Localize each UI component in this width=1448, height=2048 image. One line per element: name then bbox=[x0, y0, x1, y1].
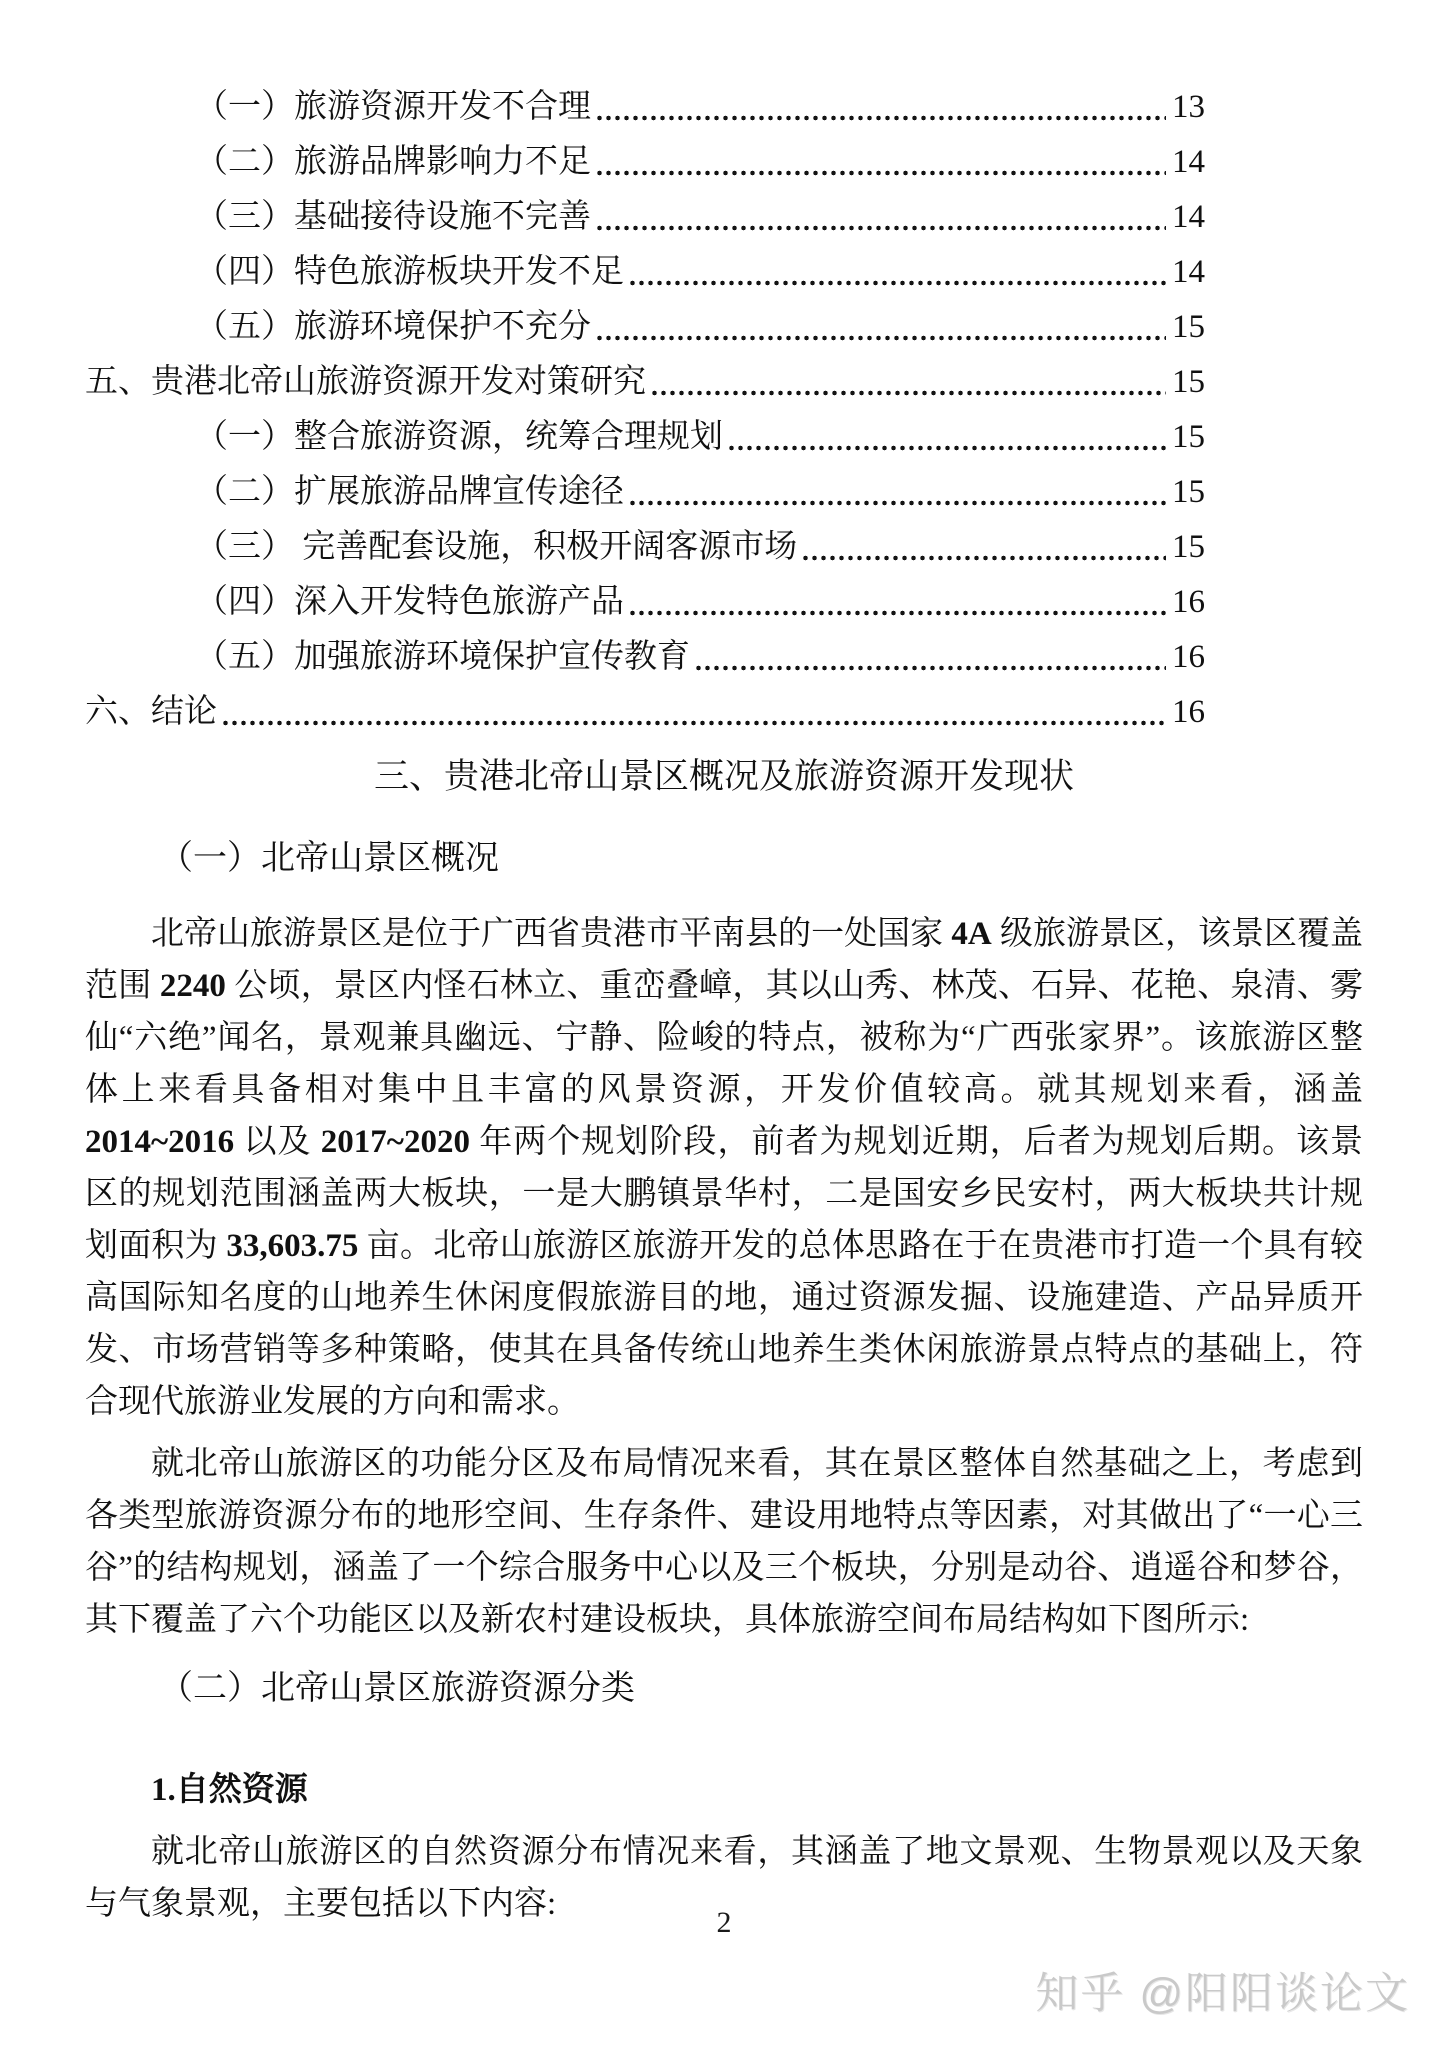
toc-leader-dots bbox=[727, 410, 1166, 465]
toc-entry-page: 15 bbox=[1172, 355, 1205, 410]
toc-entry-label: （一）整合旅游资源，统筹合理规划 bbox=[195, 410, 723, 465]
toc-list: （一）旅游资源开发不合理13（二）旅游品牌影响力不足14（三）基础接待设施不完善… bbox=[85, 80, 1205, 740]
sub-heading-scenic-area-overview: （一）北帝山景区概况 bbox=[85, 836, 1363, 882]
text-run: 北帝山旅游景区是位于广西省贵港市平南县的一处国家 bbox=[151, 916, 951, 952]
text-run: 以及 bbox=[234, 1124, 321, 1160]
toc-entry: （三）基础接待设施不完善14 bbox=[85, 190, 1205, 245]
toc-entry-label: 五、贵港北帝山旅游资源开发对策研究 bbox=[85, 355, 646, 410]
toc-leader-dots bbox=[628, 575, 1166, 630]
toc-leader-dots bbox=[595, 190, 1166, 245]
toc-entry-page: 16 bbox=[1172, 685, 1205, 740]
bold-text-run: 33,603.75 bbox=[226, 1228, 358, 1264]
toc-entry: （二）旅游品牌影响力不足14 bbox=[85, 135, 1205, 190]
toc-entry: （五）旅游环境保护不充分15 bbox=[85, 300, 1205, 355]
toc-entry-page: 14 bbox=[1172, 190, 1205, 245]
toc-entry: （三） 完善配套设施，积极开阔客源市场15 bbox=[85, 520, 1205, 575]
toc-entry: （四）特色旅游板块开发不足14 bbox=[85, 245, 1205, 300]
paragraph-scenic-area-overview: 北帝山旅游景区是位于广西省贵港市平南县的一处国家 4A 级旅游景区，该景区覆盖范… bbox=[85, 908, 1363, 1428]
toc-entry-label: （三）基础接待设施不完善 bbox=[195, 190, 591, 245]
bold-text-run: 2240 bbox=[160, 968, 226, 1004]
document-content: （一）旅游资源开发不合理13（二）旅游品牌影响力不足14（三）基础接待设施不完善… bbox=[85, 80, 1363, 1930]
toc-entry-page: 16 bbox=[1172, 575, 1205, 630]
section-heading: 三、贵港北帝山景区概况及旅游资源开发现状 bbox=[85, 754, 1363, 800]
toc-entry-label: （一）旅游资源开发不合理 bbox=[195, 80, 591, 135]
toc-entry: （一）旅游资源开发不合理13 bbox=[85, 80, 1205, 135]
toc-entry: （四）深入开发特色旅游产品16 bbox=[85, 575, 1205, 630]
sub-sub-heading-natural-resources: 1.自然资源 bbox=[85, 1768, 1363, 1812]
toc-leader-dots bbox=[628, 465, 1166, 520]
page-number: 2 bbox=[0, 1906, 1448, 1940]
toc-entry-label: （四）特色旅游板块开发不足 bbox=[195, 245, 624, 300]
toc-leader-dots bbox=[595, 80, 1166, 135]
toc-leader-dots bbox=[650, 355, 1166, 410]
watermark-zhihu-author: 知乎 @阳阳谈论文 bbox=[1035, 1960, 1410, 2021]
toc-entry-page: 14 bbox=[1172, 245, 1205, 300]
toc-entry-label: （五）加强旅游环境保护宣传教育 bbox=[195, 630, 690, 685]
toc-leader-dots bbox=[694, 630, 1166, 685]
sub-heading-resource-classification: （二）北帝山景区旅游资源分类 bbox=[85, 1666, 1363, 1712]
toc-entry: （二）扩展旅游品牌宣传途径15 bbox=[85, 465, 1205, 520]
toc-entry: 六、结论16 bbox=[85, 685, 1205, 740]
toc-entry: （五）加强旅游环境保护宣传教育16 bbox=[85, 630, 1205, 685]
toc-entry: 五、贵港北帝山旅游资源开发对策研究15 bbox=[85, 355, 1205, 410]
toc-entry-label: （三） 完善配套设施，积极开阔客源市场 bbox=[195, 520, 797, 575]
toc-entry-label: 六、结论 bbox=[85, 685, 217, 740]
toc-leader-dots bbox=[595, 300, 1166, 355]
toc-entry-page: 15 bbox=[1172, 520, 1205, 575]
toc-leader-dots bbox=[628, 245, 1166, 300]
toc-entry-page: 16 bbox=[1172, 630, 1205, 685]
toc-entry-label: （二）旅游品牌影响力不足 bbox=[195, 135, 591, 190]
document-page: （一）旅游资源开发不合理13（二）旅游品牌影响力不足14（三）基础接待设施不完善… bbox=[0, 0, 1448, 2048]
text-run: 公顷，景区内怪石林立、重峦叠嶂，其以山秀、林茂、石异、花艳、泉清、雾仙“六绝”闻… bbox=[85, 968, 1363, 1108]
toc-entry-label: （四）深入开发特色旅游产品 bbox=[195, 575, 624, 630]
toc-entry-label: （二）扩展旅游品牌宣传途径 bbox=[195, 465, 624, 520]
toc-entry-page: 15 bbox=[1172, 465, 1205, 520]
paragraph-functional-zoning: 就北帝山旅游区的功能分区及布局情况来看，其在景区整体自然基础之上，考虑到各类型旅… bbox=[85, 1438, 1363, 1646]
toc-leader-dots bbox=[221, 685, 1166, 740]
bold-text-run: 2014~2016 bbox=[85, 1124, 234, 1160]
toc-leader-dots bbox=[595, 135, 1166, 190]
toc-entry: （一）整合旅游资源，统筹合理规划15 bbox=[85, 410, 1205, 465]
toc-entry-label: （五）旅游环境保护不充分 bbox=[195, 300, 591, 355]
toc-entry-page: 15 bbox=[1172, 300, 1205, 355]
bold-text-run: 4A bbox=[951, 916, 991, 952]
bold-text-run: 2017~2020 bbox=[321, 1124, 470, 1160]
toc-entry-page: 13 bbox=[1172, 80, 1205, 135]
toc-leader-dots bbox=[801, 520, 1166, 575]
toc-entry-page: 14 bbox=[1172, 135, 1205, 190]
toc-entry-page: 15 bbox=[1172, 410, 1205, 465]
